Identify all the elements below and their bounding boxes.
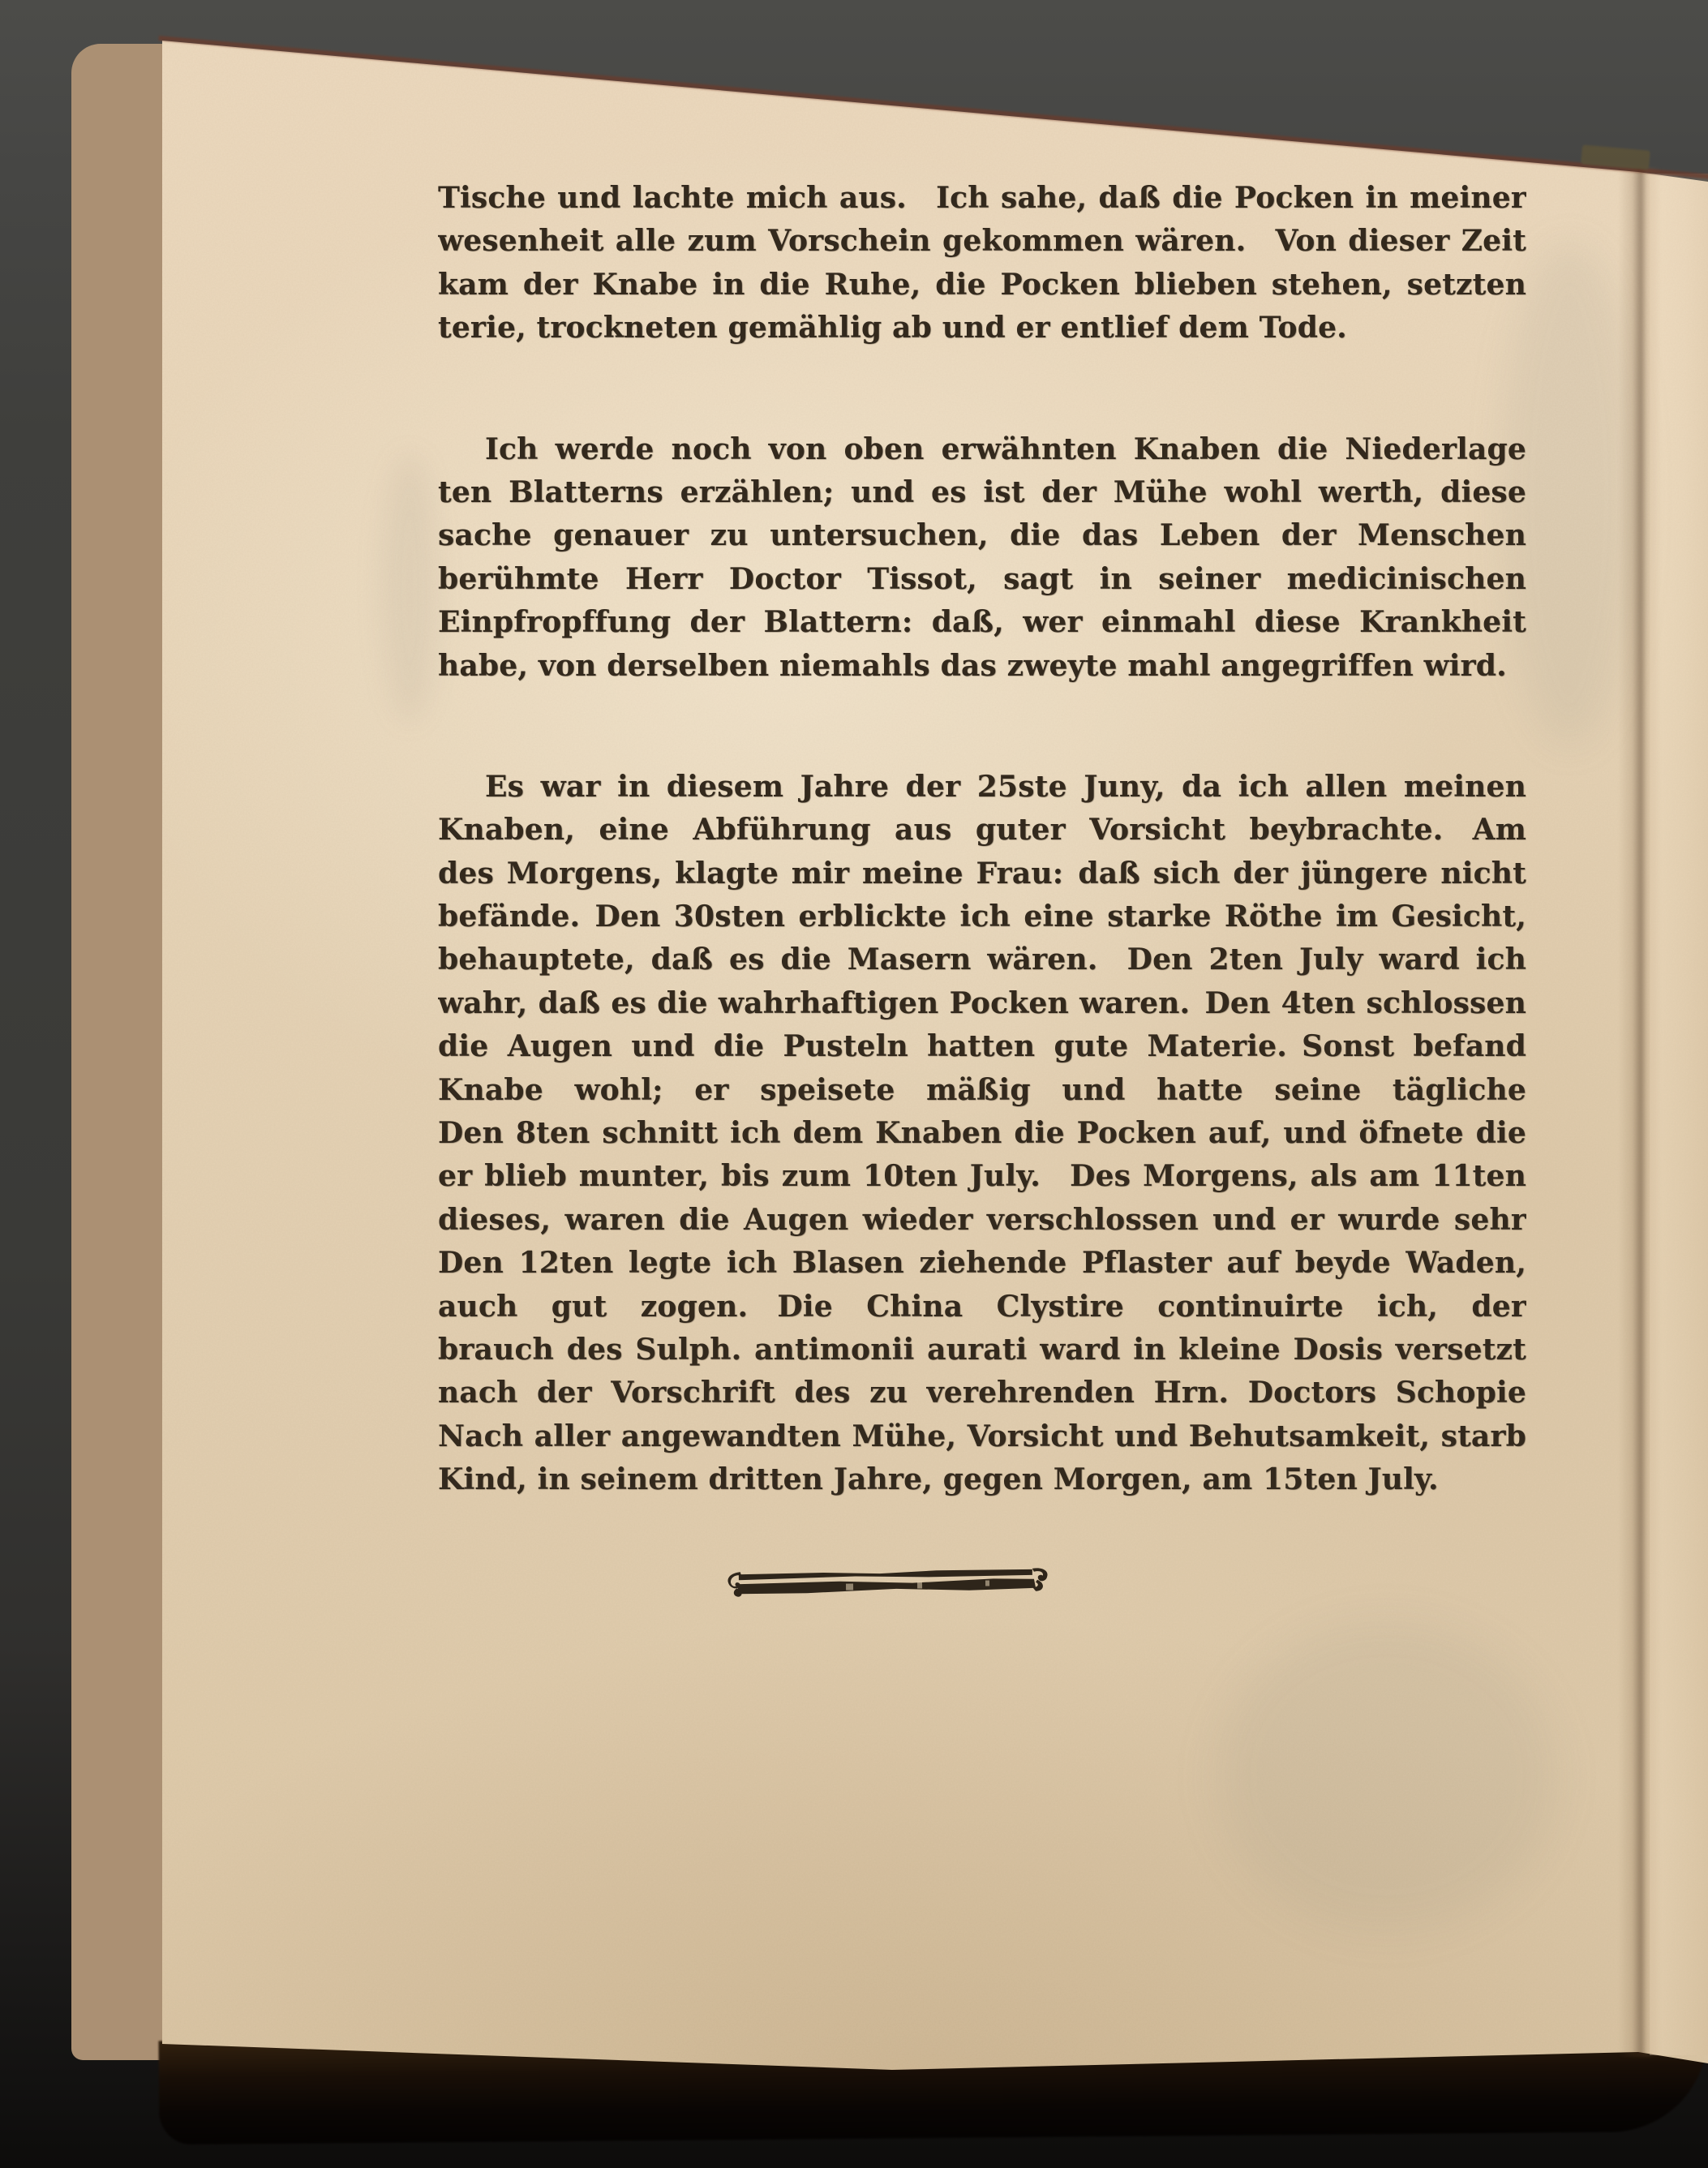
paragraph: Ich werde noch von oben erwähnten Knaben… xyxy=(438,428,1526,688)
text-line: Ich werde noch von oben erwähnten Knaben… xyxy=(438,428,1526,471)
bleed-through-ghost xyxy=(1217,1622,1557,1930)
paragraph: Es war in diesem Jahre der 25ste Juny, d… xyxy=(438,766,1526,1502)
text-line: brauch des Sulph. antimonii aurati ward … xyxy=(438,1329,1526,1372)
text-line: sache genauer zu untersuchen, die das Le… xyxy=(438,514,1526,557)
gutter-fold-shadow xyxy=(1619,167,1661,2057)
text-line: befände. Den 30sten erblickte ich eine s… xyxy=(438,895,1526,938)
text-line: terie, trockneten gemählig ab und er ent… xyxy=(438,307,1526,350)
page-text-block: Tische und lachte mich aus. Ich sahe, da… xyxy=(438,177,1526,1502)
text-line: auch gut zogen. Die China Clystire conti… xyxy=(438,1286,1526,1329)
text-line: wahr, daß es die wahrhaftigen Pocken war… xyxy=(438,982,1526,1025)
text-line: Es war in diesem Jahre der 25ste Juny, d… xyxy=(438,766,1526,809)
text-line: Den 12ten legte ich Blasen ziehende Pfla… xyxy=(438,1242,1526,1285)
ornamental-divider xyxy=(726,1564,1051,1603)
text-line: berühmte Herr Doctor Tissot, sagt in sei… xyxy=(438,558,1526,601)
text-line: wesenheit alle zum Vorschein gekommen wä… xyxy=(438,220,1526,263)
text-line: die Augen und die Pusteln hatten gute Ma… xyxy=(438,1025,1526,1068)
text-line: nach der Vorschrift des zu verehrenden H… xyxy=(438,1372,1526,1415)
text-line: ten Blatterns erzählen; und es ist der M… xyxy=(438,471,1526,514)
text-line: Kind, in seinem dritten Jahre, gegen Mor… xyxy=(438,1458,1526,1501)
text-line: des Morgens, klagte mir meine Frau: daß … xyxy=(438,852,1526,895)
text-line: kam der Knabe in die Ruhe, die Pocken bl… xyxy=(438,264,1526,307)
text-line: dieses, waren die Augen wieder verschlos… xyxy=(438,1199,1526,1242)
photo-backdrop: Tische und lachte mich aus. Ich sahe, da… xyxy=(0,0,1708,2168)
text-line: Nach aller angewandten Mühe, Vorsicht un… xyxy=(438,1415,1526,1458)
text-line: er blieb munter, bis zum 10ten July. Des… xyxy=(438,1155,1526,1198)
text-line: habe, von derselben niemahls das zweyte … xyxy=(438,645,1526,688)
text-line: Den 8ten schnitt ich dem Knaben die Pock… xyxy=(438,1112,1526,1155)
bleed-through-ghost xyxy=(381,454,438,722)
text-line: Tische und lachte mich aus. Ich sahe, da… xyxy=(438,177,1526,220)
paragraph: Tische und lachte mich aus. Ich sahe, da… xyxy=(438,177,1526,350)
text-line: Knabe wohl; er speisete mäßig und hatte … xyxy=(438,1069,1526,1112)
book-fore-edge-pages xyxy=(71,44,167,2060)
text-line: Knaben, eine Abführung aus guter Vorsich… xyxy=(438,809,1526,852)
text-line: Einpfropffung der Blattern: daß, wer ein… xyxy=(438,601,1526,644)
text-line: behauptete, daß es die Masern wären. Den… xyxy=(438,938,1526,981)
